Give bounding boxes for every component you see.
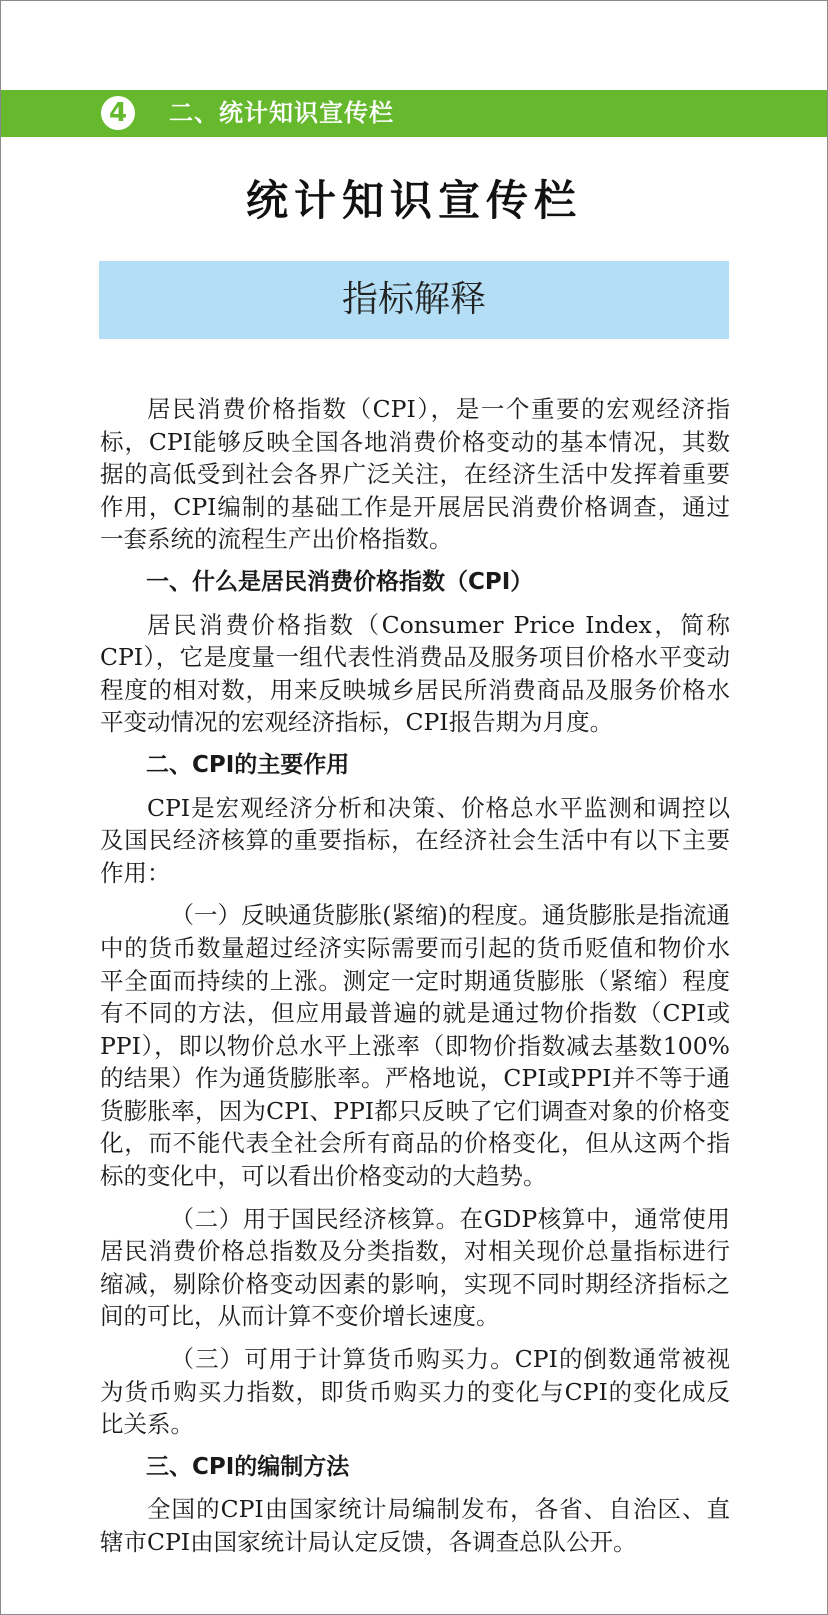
section-2-item-3: （三）可用于计算货币购买力。CPI的倒数通常被视为货币购买力指数，即货币购买力的… xyxy=(100,1343,730,1441)
section-1-paragraph: 居民消费价格指数（Consumer Price Index，简称CPI），它是度… xyxy=(100,609,730,739)
article-body: 居民消费价格指数（CPI），是一个重要的宏观经济指标，CPI能够反映全国各地消费… xyxy=(100,393,730,1559)
section-heading-2: 二、CPI的主要作用 xyxy=(100,749,730,782)
section-heading-3: 三、CPI的编制方法 xyxy=(100,1451,730,1484)
section-2-item-2: （二）用于国民经济核算。在GDP核算中，通常使用居民消费价格总指数及分类指数，对… xyxy=(100,1203,730,1333)
section-band: 4 二、统计知识宣传栏 xyxy=(1,90,827,137)
intro-paragraph: 居民消费价格指数（CPI），是一个重要的宏观经济指标，CPI能够反映全国各地消费… xyxy=(100,393,730,556)
section-number-badge: 4 xyxy=(101,96,135,130)
section-heading-1: 一、什么是居民消费价格指数（CPI） xyxy=(100,566,730,599)
subtitle-box: 指标解释 xyxy=(99,261,729,339)
section-band-title: 二、统计知识宣传栏 xyxy=(169,90,394,137)
page-title: 统计知识宣传栏 xyxy=(0,168,828,228)
section-2-paragraph: CPI是宏观经济分析和决策、价格总水平监测和调控以及国民经济核算的重要指标，在经… xyxy=(100,792,730,890)
section-2-item-1: （一）反映通货膨胀(紧缩)的程度。通货膨胀是指流通中的货币数量超过经济实际需要而… xyxy=(100,899,730,1192)
section-3-paragraph: 全国的CPI由国家统计局编制发布，各省、自治区、直辖市CPI由国家统计局认定反馈… xyxy=(100,1493,730,1558)
